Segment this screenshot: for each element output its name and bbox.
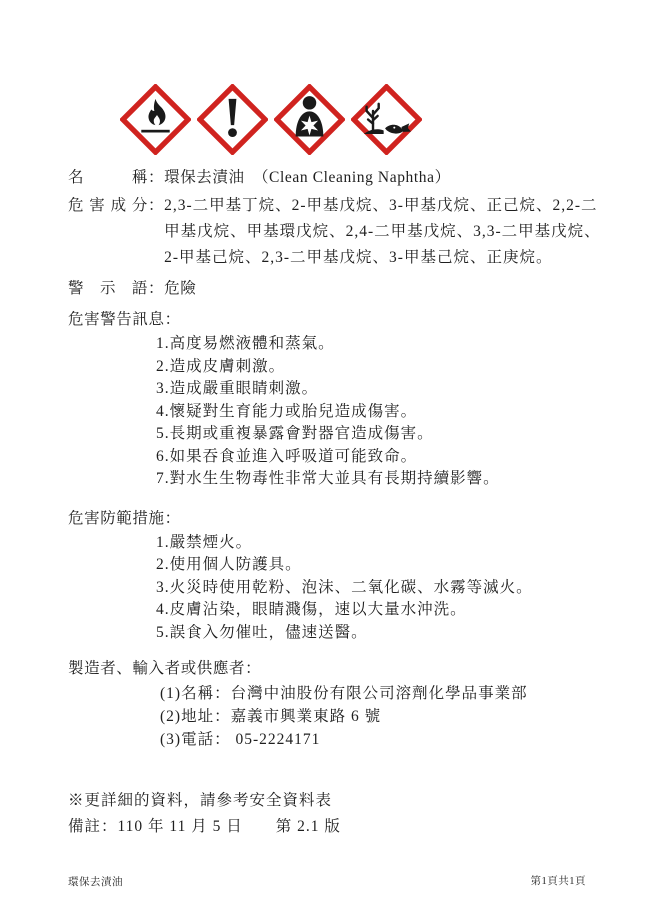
hazard-warnings-title: 危害警告訊息： (68, 307, 590, 333)
supplier-address-item: (2)地址：嘉義市興業東路 6 號 (160, 705, 590, 728)
supplier-title: 製造者、輸入者或供應者： (68, 656, 590, 682)
hazard-warning-item: 7.對水生生物毒性非常大並具有長期持續影響。 (156, 468, 590, 491)
hazard-warning-item: 1.高度易燃液體和蒸氣。 (156, 333, 590, 356)
signal-word-row: 警示語 ： 危險 (68, 276, 590, 302)
colon: ： (148, 193, 164, 219)
hazard-warning-item: 6.如果吞食並進入呼吸道可能致命。 (156, 446, 590, 469)
ghs-environment-icon (351, 84, 422, 155)
hazard-components-line: 2-甲基己烷、2,3-二甲基戊烷、3-甲基己烷、正庚烷。 (164, 245, 601, 271)
hazard-warning-item: 3.造成嚴重眼睛刺激。 (156, 378, 590, 401)
supplier-name-item: (1)名稱：台灣中油股份有限公司溶劑化學品事業部 (160, 682, 590, 705)
colon: ： (148, 276, 164, 302)
footer-product-name: 環保去漬油 (68, 874, 123, 889)
ghs-health-hazard-icon (274, 84, 345, 155)
ghs-flame-icon (120, 84, 191, 155)
hazard-warning-item: 2.造成皮膚刺激。 (156, 356, 590, 379)
colon: ： (148, 165, 164, 191)
supplier-phone-item: (3)電話： 05-2224171 (160, 728, 590, 751)
hazard-components-value: 2,3-二甲基丁烷、2-甲基戊烷、3-甲基戊烷、正己烷、2,2-二 甲基戊烷、甲… (164, 193, 601, 271)
precaution-item: 1.嚴禁煙火。 (156, 532, 590, 555)
precaution-item: 4.皮膚沾染，眼睛濺傷，速以大量水沖洗。 (156, 599, 590, 622)
signal-word-label: 警示語 (68, 276, 148, 302)
hazard-warning-item: 4.懷疑對生育能力或胎兒造成傷害。 (156, 401, 590, 424)
precaution-item: 3.火災時使用乾粉、泡沫、二氧化碳、水霧等滅火。 (156, 577, 590, 600)
precaution-item: 5.誤食入勿催吐，儘速送醫。 (156, 622, 590, 645)
hazard-warning-item: 5.長期或重複暴露會對器官造成傷害。 (156, 423, 590, 446)
precaution-item: 2.使用個人防護具。 (156, 554, 590, 577)
hazard-warnings-list: 1.高度易燃液體和蒸氣。 2.造成皮膚刺激。 3.造成嚴重眼睛刺激。 4.懷疑對… (68, 333, 590, 491)
product-name-row: 名稱 ： 環保去漬油 （Clean Cleaning Naphtha） (68, 165, 590, 191)
hazard-components-line: 甲基戊烷、甲基環戊烷、2,4-二甲基戊烷、3,3-二甲基戊烷、 (164, 219, 601, 245)
safety-label-page: 名稱 ： 環保去漬油 （Clean Cleaning Naphtha） 危害成分… (0, 0, 650, 919)
precautions-list: 1.嚴禁煙火。 2.使用個人防護具。 3.火災時使用乾粉、泡沫、二氧化碳、水霧等… (68, 532, 590, 645)
precautions-title: 危害防範措施： (68, 506, 590, 532)
product-name-label: 名稱 (68, 165, 148, 191)
hazard-components-label: 危害成分 (68, 193, 148, 219)
footer-page-number: 第1頁共1頁 (531, 873, 587, 888)
ghs-pictogram-row (120, 0, 590, 155)
revision-note: 備註：110 年 11 月 5 日 第 2.1 版 (68, 814, 590, 840)
sds-reference-note: ※更詳細的資料，請參考安全資料表 (68, 788, 590, 814)
supplier-list: (1)名稱：台灣中油股份有限公司溶劑化學品事業部 (2)地址：嘉義市興業東路 6… (68, 682, 590, 751)
hazard-components-row: 危害成分 ： 2,3-二甲基丁烷、2-甲基戊烷、3-甲基戊烷、正己烷、2,2-二… (68, 193, 590, 271)
signal-word-value: 危險 (164, 276, 196, 302)
ghs-exclamation-icon (197, 84, 268, 155)
product-name-value: 環保去漬油 （Clean Cleaning Naphtha） (164, 165, 451, 191)
hazard-components-line: 2,3-二甲基丁烷、2-甲基戊烷、3-甲基戊烷、正己烷、2,2-二 (164, 193, 601, 219)
